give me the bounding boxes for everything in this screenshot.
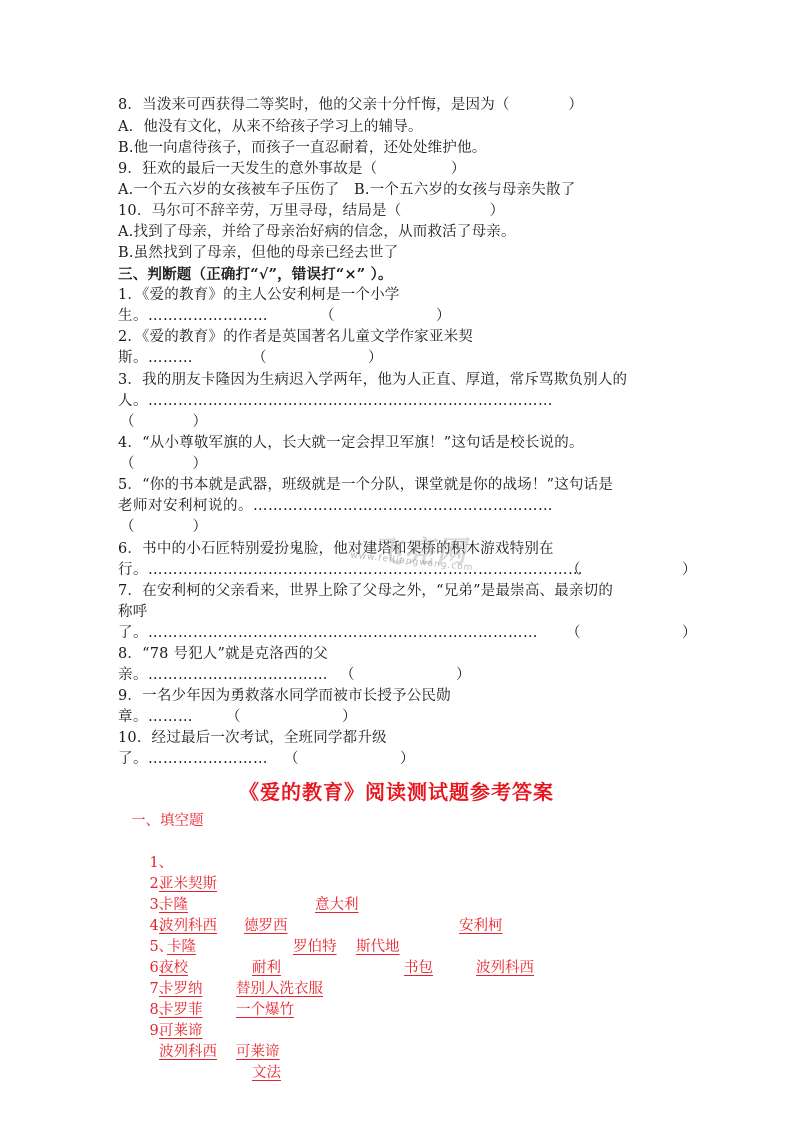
judge-5-line1: 5．“你的书本就是武器，班级就是一个分队，课堂就是你的战场！”这句话是: [118, 475, 613, 496]
judge-6-answer-blank: （ ）: [566, 560, 697, 581]
answer-key-title: 《爱的教育》阅读测试题参考答案: [0, 776, 793, 805]
judge-3-line2: 人。………………………………………………………………………: [118, 391, 553, 412]
answer-blank: 耐利: [244, 958, 281, 979]
question-10-option-b: B.虽然找到了母亲，但他的母亲已经去世了: [118, 243, 398, 264]
judge-10-line2: 了。……………………: [118, 749, 268, 770]
answer-blank: 替别人洗衣服: [236, 979, 323, 1000]
answer-section-heading: 一、填空题: [131, 811, 204, 832]
answer-blank: 罗伯特: [293, 937, 337, 958]
judge-2-answer-blank: （ ）: [252, 348, 383, 369]
answer-blank: 德罗西: [244, 916, 288, 937]
answer-blank: 意大利: [299, 895, 359, 916]
judge-8-line1: 8．“78 号犯人”就是克洛西的父: [118, 644, 328, 665]
document-page: 8．当泼来可西获得二等奖时，他的父亲十分忏悔，是因为（ ） A．他没有文化，从来…: [0, 0, 793, 1122]
judge-9-line2: 章。………: [118, 707, 193, 728]
answer-blank: 波列科西: [476, 958, 534, 979]
judge-2-line1: 2．《爱的教育》的作者是英国著名儿童文学作家亚米契: [118, 327, 473, 348]
judge-7-line2: 了。……………………………………………………………………: [118, 623, 538, 644]
judge-10-answer-blank: （ ）: [284, 749, 415, 770]
answer-blank: 安利柯: [443, 916, 503, 937]
judge-1-line1: 1．《爱的教育》的主人公安利柯是一个小学: [118, 285, 399, 306]
answer-blank: 可莱谛: [236, 1042, 280, 1063]
answer-row-number: 9、: [149, 1023, 173, 1039]
judge-6-line2: 行。……………………………………………………………………………: [118, 560, 583, 581]
question-9-options: A.一个五六岁的女孩被车子压伤了 B.一个五六岁的女孩与母亲失散了: [118, 180, 575, 201]
judge-4-line1: 4．“从小尊敬军旗的人，长大就一定会捍卫军旗！”这句话是校长说的。: [118, 433, 584, 454]
judge-8-line2: 亲。………………………………: [118, 665, 328, 686]
judge-2-line2: 斯。………: [118, 348, 193, 369]
judge-5-line2: 老师对安利柯说的。……………………………………………………: [118, 496, 553, 517]
judge-3-answer-blank: （ ）: [120, 412, 207, 433]
judge-5-answer-blank: （ ）: [120, 517, 207, 538]
judge-8-answer-blank: （ ）: [340, 665, 471, 686]
judge-1-answer-blank: （ ）: [320, 306, 451, 327]
judge-9-line1: 9．一名少年因为勇救落水同学而被市长授予公民勋: [118, 686, 451, 707]
judge-6-line1: 6．书中的小石匠特别爱扮鬼脸，他对建塔和架桥的积木游戏特别在: [118, 539, 554, 560]
question-10-option-a: A.找到了母亲，并给了母亲治好病的信念，从而救活了母亲。: [118, 222, 516, 243]
judge-section-heading: 三、判断题（正确打“√”，错误打“×” ）。: [118, 264, 393, 285]
judge-7-line1: 7．在安利柯的父亲看来，世界上除了父母之外，“兄弟”是最崇高、最亲切的: [118, 581, 613, 602]
judge-1-line2: 生。……………………: [118, 306, 268, 327]
answer-blank: 一个爆竹: [236, 1000, 294, 1021]
judge-4-answer-blank: （ ）: [120, 454, 207, 475]
answer-row-9: 9、 波列科西 文法: [131, 1000, 173, 1105]
question-9-stem: 9．狂欢的最后一天发生的意外事故是（ ）: [118, 159, 466, 180]
answer-blank: 波列科西: [159, 1042, 217, 1063]
judge-10-line1: 10．经过最后一次考试，全班同学都升级: [118, 728, 387, 749]
answer-blank: 斯代地: [356, 937, 400, 958]
answer-blank: 文法: [236, 1063, 281, 1084]
question-8-option-a: A．他没有文化，从来不给孩子学习上的辅导。: [118, 117, 423, 138]
question-8-option-b: B.他一向虐待孩子，而孩子一直忍耐着，还处处维护他。: [118, 138, 486, 159]
question-8-stem: 8．当泼来可西获得二等奖时，他的父亲十分忏悔，是因为（ ）: [118, 95, 583, 116]
answer-blank: 书包: [404, 958, 433, 979]
question-10-stem: 10．马尔可不辞辛劳，万里寻母，结局是（ ）: [118, 201, 504, 222]
judge-7-line1b: 称呼: [118, 602, 147, 623]
judge-9-answer-blank: （ ）: [226, 707, 357, 728]
judge-7-answer-blank: （ ）: [566, 623, 697, 644]
judge-3-line1: 3．我的朋友卡隆因为生病迟入学两年，他为人正直、厚道，常斥骂欺负别人的: [118, 370, 627, 391]
